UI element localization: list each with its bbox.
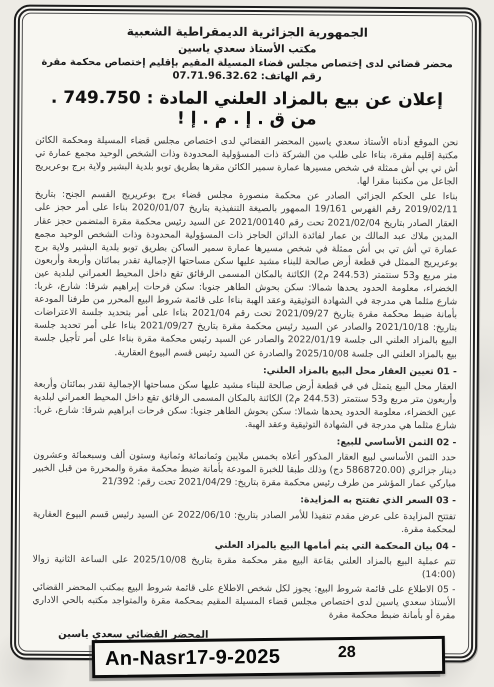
bailiff-jurisdiction-line: محضر قضائي لدى إختصاص مجلس قضاء المسيلة … — [36, 57, 459, 71]
clipping-inner-border: الجمهورية الجزائرية الديمقراطية الشعبية … — [18, 13, 473, 655]
scanned-newspaper-clipping: { "scan": { "header": { "country": "الجم… — [0, 0, 494, 687]
auction-notice-title: إعلان عن بيع بالمزاد العلني المادة : 749… — [35, 88, 458, 131]
section-3-heading: - 03 السعر الذي تفتتح به المزايدة: — [33, 492, 456, 508]
section-4-heading: - 04 بيان المحكمة التي يتم أمامها البيع … — [33, 537, 456, 553]
section-5-paragraph: - 05 الاطلاع على قائمة شروط البيع: يجوز … — [32, 581, 455, 623]
section-4-body: تتم عملية البيع بالمزاد العلني بقاعة الب… — [32, 553, 455, 582]
section-1-body: العقار محل البيع يتمثل في في قطعة أرض صا… — [33, 377, 456, 432]
clipping-middle-border: الجمهورية الجزائرية الديمقراطية الشعبية … — [14, 9, 477, 659]
office-header: مكتب الأستاذ سعدي ياسين — [36, 42, 459, 57]
clipping-outer-border: الجمهورية الجزائرية الديمقراطية الشعبية … — [10, 5, 481, 663]
section-2-heading: - 02 الثمن الأساسي للبيع: — [33, 434, 456, 450]
intro-paragraph: نحن الموقع أدناه الأستاذ سعدي ياسين المح… — [35, 134, 458, 189]
section-1-heading: - 01 تعيين العقار محل البيع بالمزاد العل… — [34, 362, 457, 378]
page-number: 28 — [338, 644, 356, 662]
notice-content: الجمهورية الجزائرية الديمقراطية الشعبية … — [19, 14, 472, 654]
newspaper-name-date: An-Nasr17-9-2025 — [95, 645, 281, 670]
section-3-body: تفتتح المزايدة على عرض مقدم تنفيذا للأمر… — [33, 507, 456, 536]
phone-line: رقم الهاتف: 07.71.96.32.62 — [36, 70, 459, 84]
legal-basis-paragraph: بناءا على الحكم الجزائي الصادر عن محكمة … — [34, 188, 458, 361]
newspaper-stamp-box: An-Nasr17-9-2025 28 — [92, 636, 445, 678]
section-2-body: حدد الثمن الأساسي لبيع العقار المذكور أع… — [33, 449, 456, 491]
republic-header: الجمهورية الجزائرية الديمقراطية الشعبية — [36, 24, 459, 41]
